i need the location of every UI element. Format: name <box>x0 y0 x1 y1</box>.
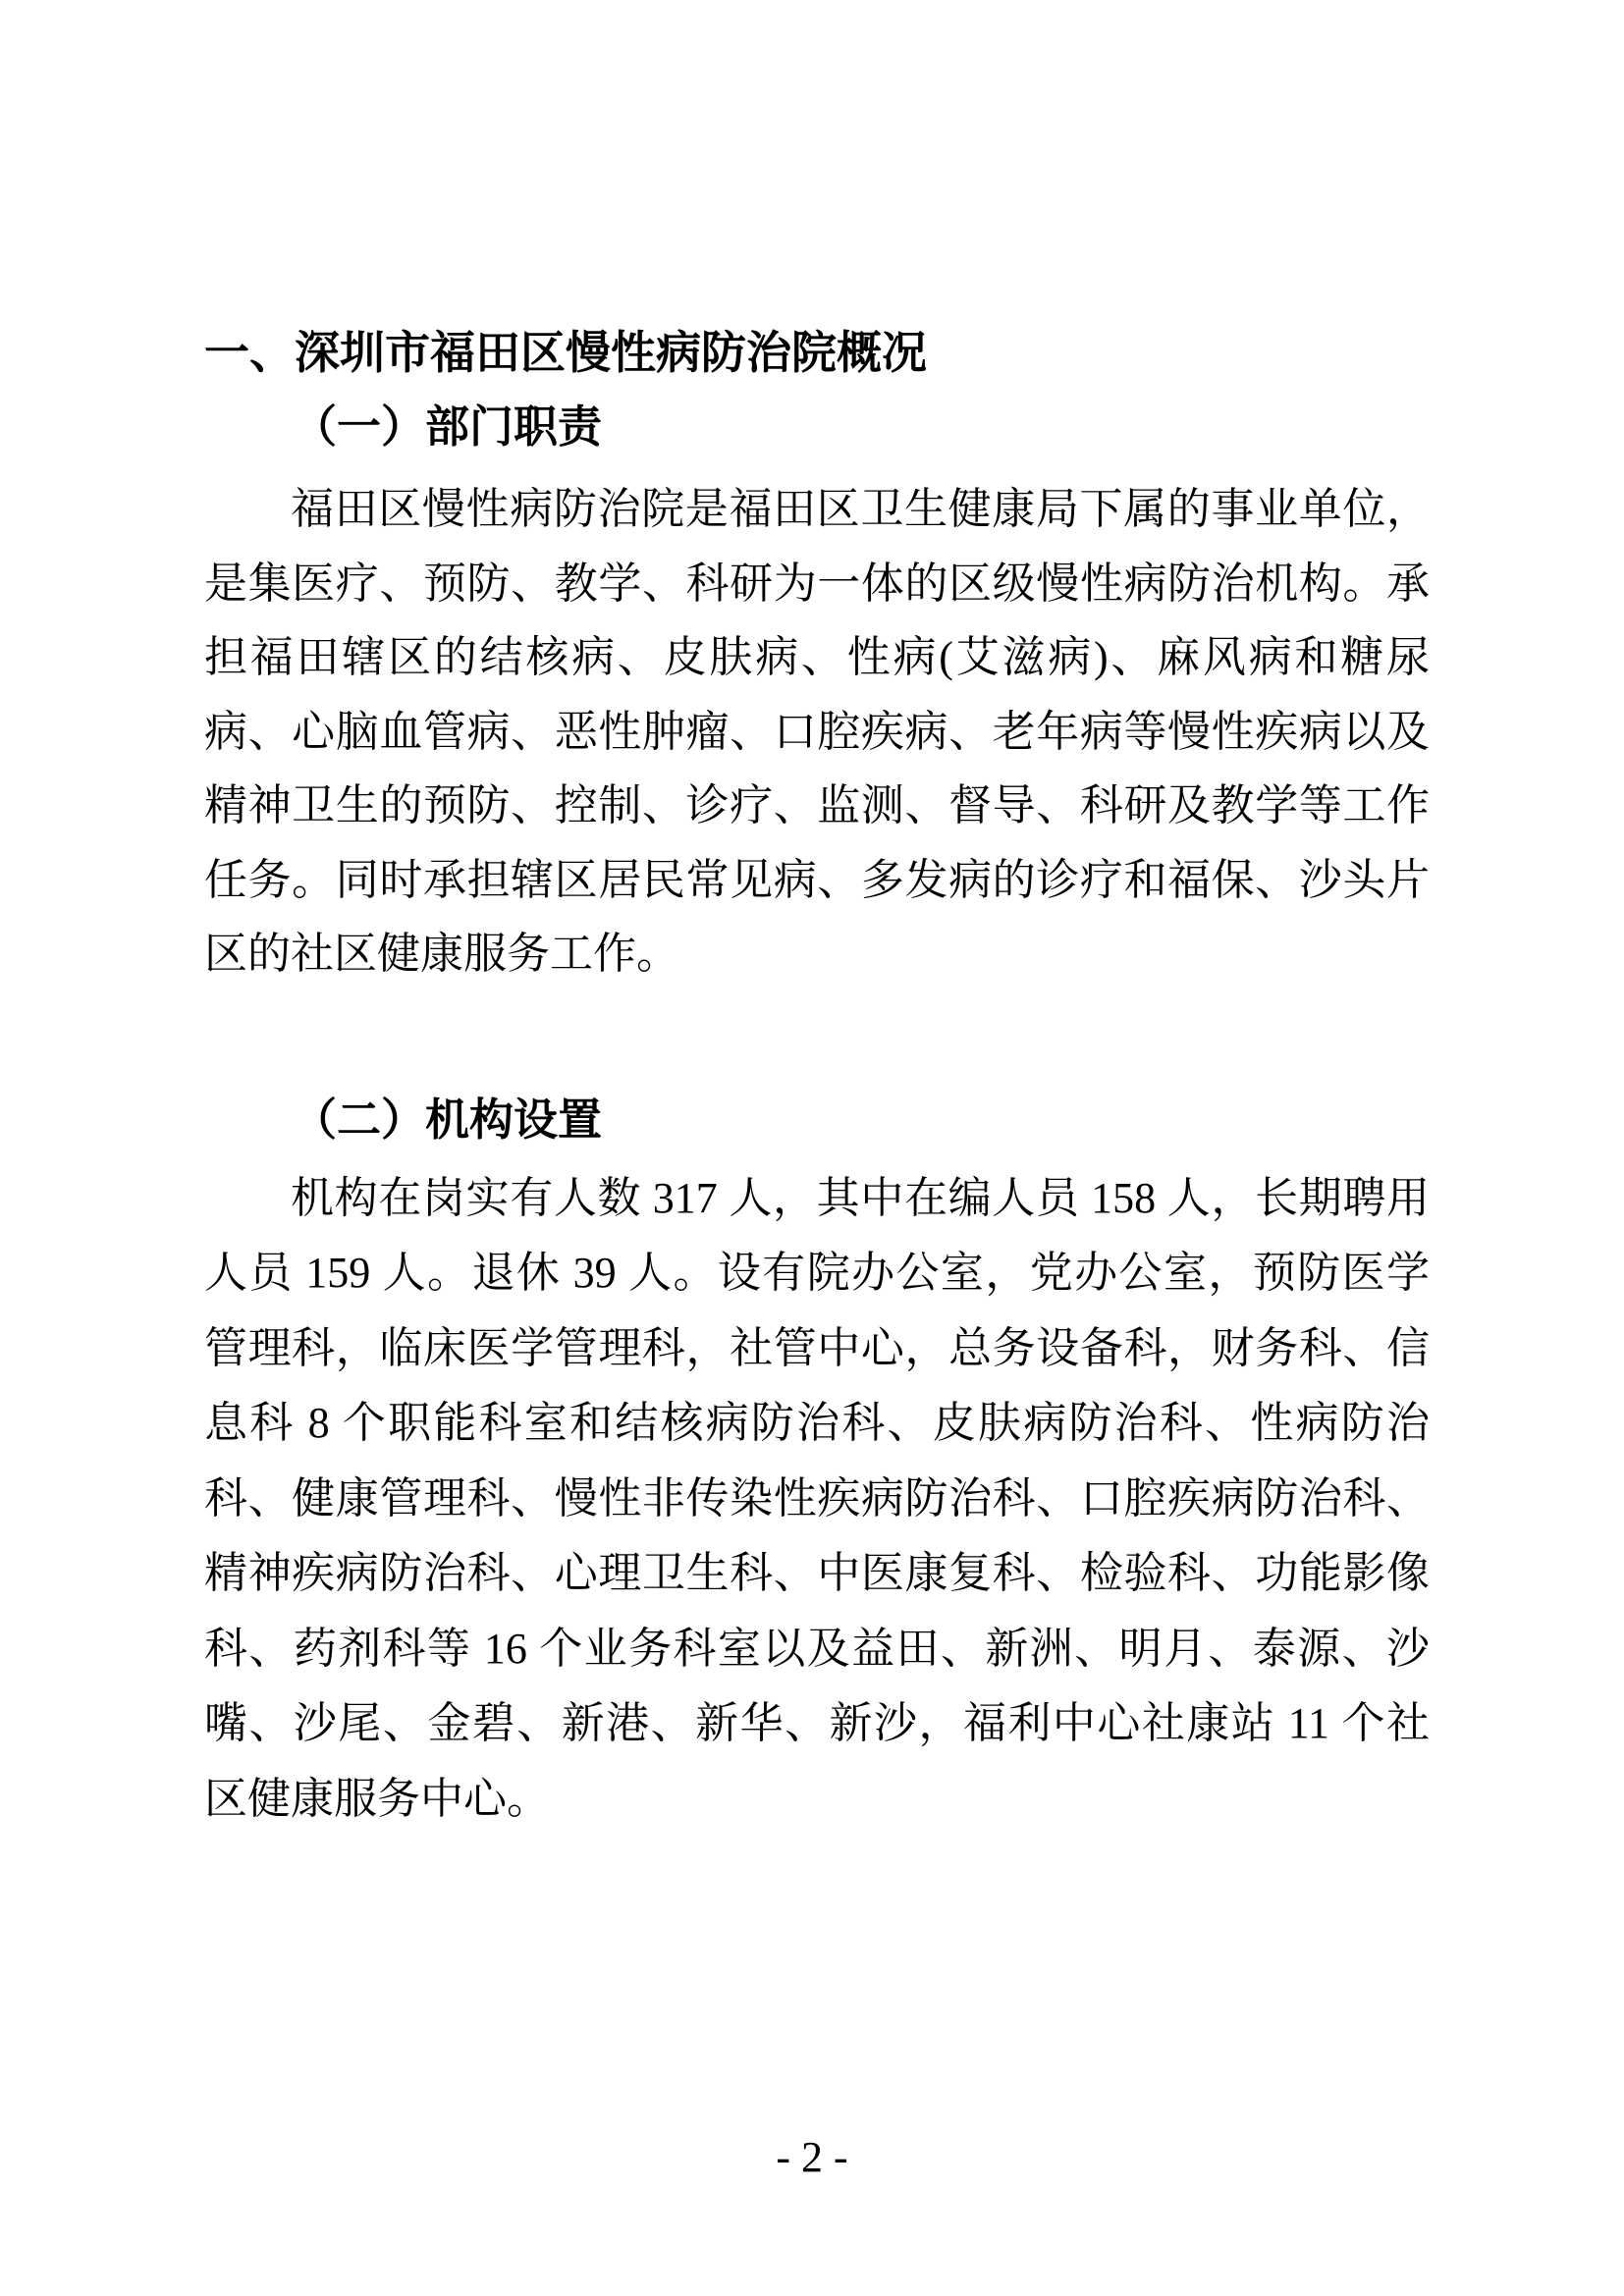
document-body: 一、深圳市福田区慢性病防治院概况 （一）部门职责 福田区慢性病防治院是福田区卫生… <box>204 0 1430 1837</box>
page-number: - 2 - <box>0 2132 1624 2183</box>
document-page: { "page": { "background": "#ffffff", "te… <box>0 0 1624 2296</box>
section-1-title: （一）部门职责 <box>204 390 1430 464</box>
section-1-paragraph: 福田区慢性病防治院是福田区卫生健康局下属的事业单位，是集医疗、预防、教学、科研为… <box>204 472 1430 991</box>
section-2-paragraph: 机构在岗实有人数 317 人，其中在编人员 158 人，长期聘用人员 159 人… <box>204 1161 1430 1838</box>
document-heading: 一、深圳市福田区慢性病防治院概况 <box>204 315 1430 390</box>
section-2-title: （二）机构设置 <box>204 1083 1430 1157</box>
